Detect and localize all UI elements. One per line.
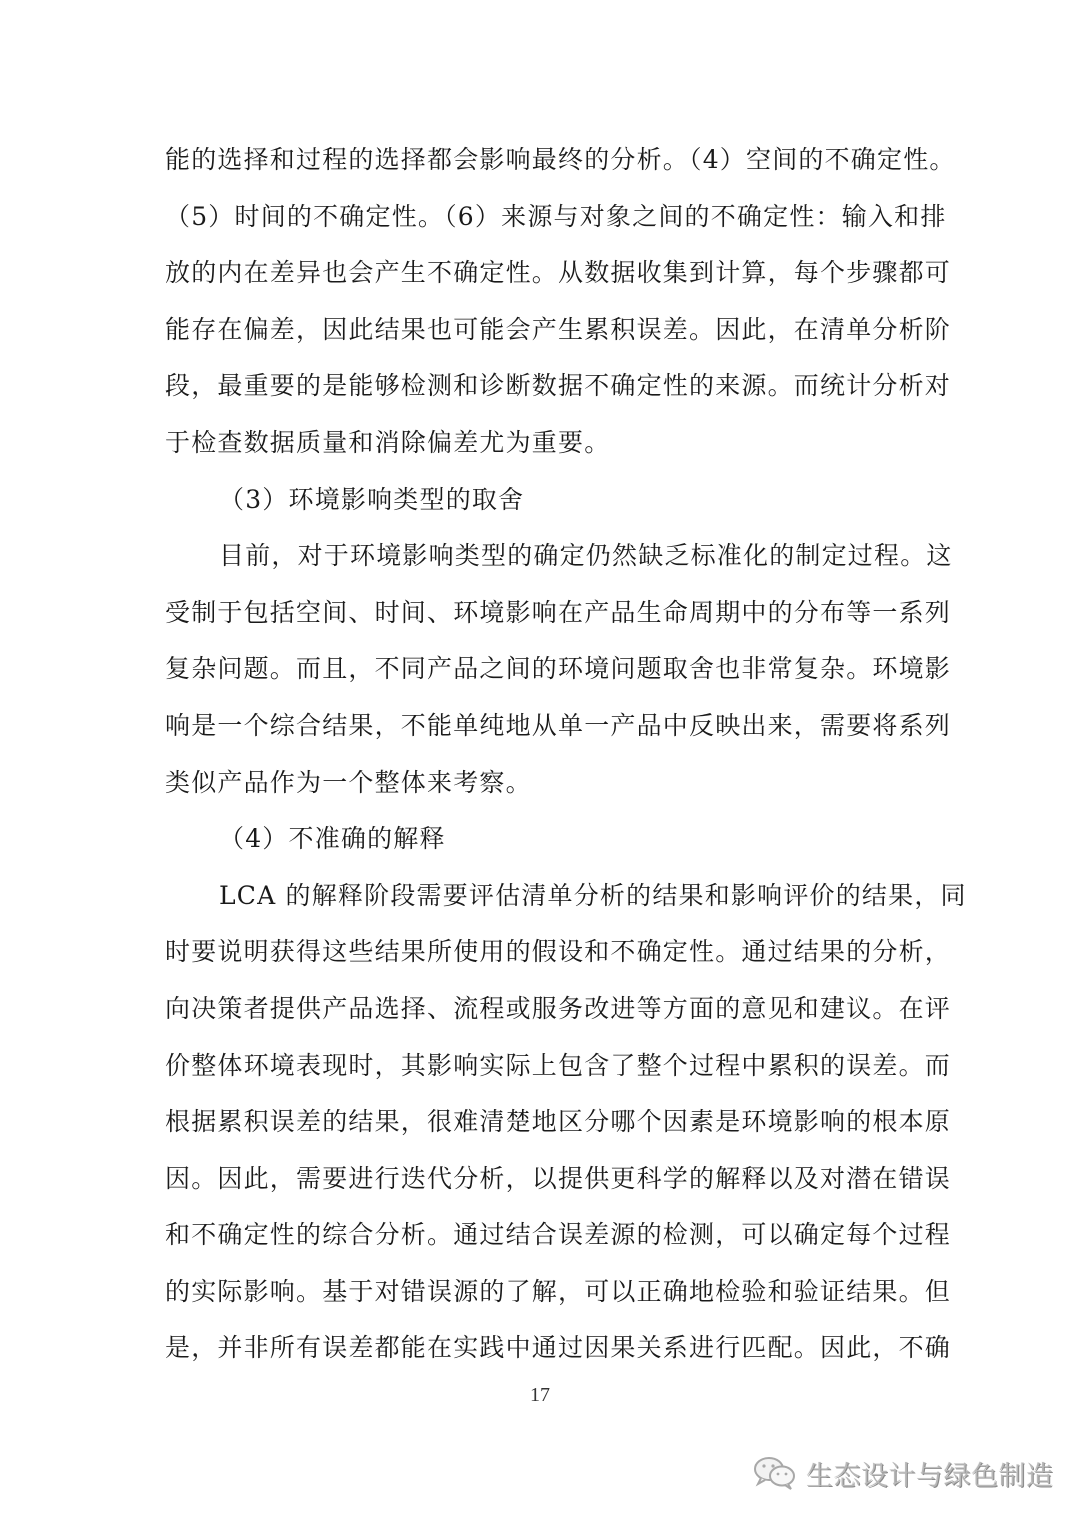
- text-line: 类似产品作为一个整体来考察。: [165, 763, 917, 820]
- text-line: 因。因此，需要进行迭代分析，以提供更科学的解释以及对潜在错误: [165, 1159, 917, 1216]
- text-line: 复杂问题。而且，不同产品之间的环境问题取舍也非常复杂。环境影: [165, 649, 917, 706]
- text-line: 放的内在差异也会产生不确定性。从数据收集到计算，每个步骤都可: [165, 253, 917, 310]
- watermark-text: 生态设计与绿色制造: [806, 1454, 1054, 1493]
- text-line: 根据累积误差的结果，很难清楚地区分哪个因素是环境影响的根本原: [165, 1102, 917, 1159]
- watermark: 生态设计与绿色制造: [752, 1455, 1054, 1491]
- section-heading: （3）环境影响类型的取舍: [165, 480, 917, 537]
- text-line: 向决策者提供产品选择、流程或服务改进等方面的意见和建议。在评: [165, 989, 917, 1046]
- document-page: 能的选择和过程的选择都会影响最终的分析。（4）空间的不确定性。 （5）时间的不确…: [0, 0, 1080, 1526]
- text-line: 能的选择和过程的选择都会影响最终的分析。（4）空间的不确定性。: [165, 140, 917, 197]
- text-line: 的实际影响。基于对错误源的了解，可以正确地检验和验证结果。但: [165, 1272, 917, 1329]
- text-line: 受制于包括空间、时间、环境影响在产品生命周期中的分布等一系列: [165, 593, 917, 650]
- text-line: 是，并非所有误差都能在实践中通过因果关系进行匹配。因此，不确: [165, 1328, 917, 1385]
- text-line: 时要说明获得这些结果所使用的假设和不确定性。通过结果的分析，: [165, 932, 917, 989]
- body-text: 能的选择和过程的选择都会影响最终的分析。（4）空间的不确定性。 （5）时间的不确…: [165, 140, 917, 1385]
- text-line: 响是一个综合结果，不能单纯地从单一产品中反映出来，需要将系列: [165, 706, 917, 763]
- page-number: 17: [0, 1384, 1080, 1407]
- section-heading: （4）不准确的解释: [165, 819, 917, 876]
- paragraph-first-line: 目前，对于环境影响类型的确定仍然缺乏标准化的制定过程。这: [165, 536, 917, 593]
- text-line: （5）时间的不确定性。（6）来源与对象之间的不确定性：输入和排: [165, 197, 917, 254]
- text-line: 能存在偏差，因此结果也可能会产生累积误差。因此，在清单分析阶: [165, 310, 917, 367]
- paragraph-first-line: LCA 的解释阶段需要评估清单分析的结果和影响评价的结果，同: [165, 876, 917, 933]
- wechat-icon: [752, 1455, 798, 1491]
- text-line: 于检查数据质量和消除偏差尤为重要。: [165, 423, 917, 480]
- text-line: 价整体环境表现时，其影响实际上包含了整个过程中累积的误差。而: [165, 1046, 917, 1103]
- text-line: 段，最重要的是能够检测和诊断数据不确定性的来源。而统计分析对: [165, 366, 917, 423]
- text-line: 和不确定性的综合分析。通过结合误差源的检测，可以确定每个过程: [165, 1215, 917, 1272]
